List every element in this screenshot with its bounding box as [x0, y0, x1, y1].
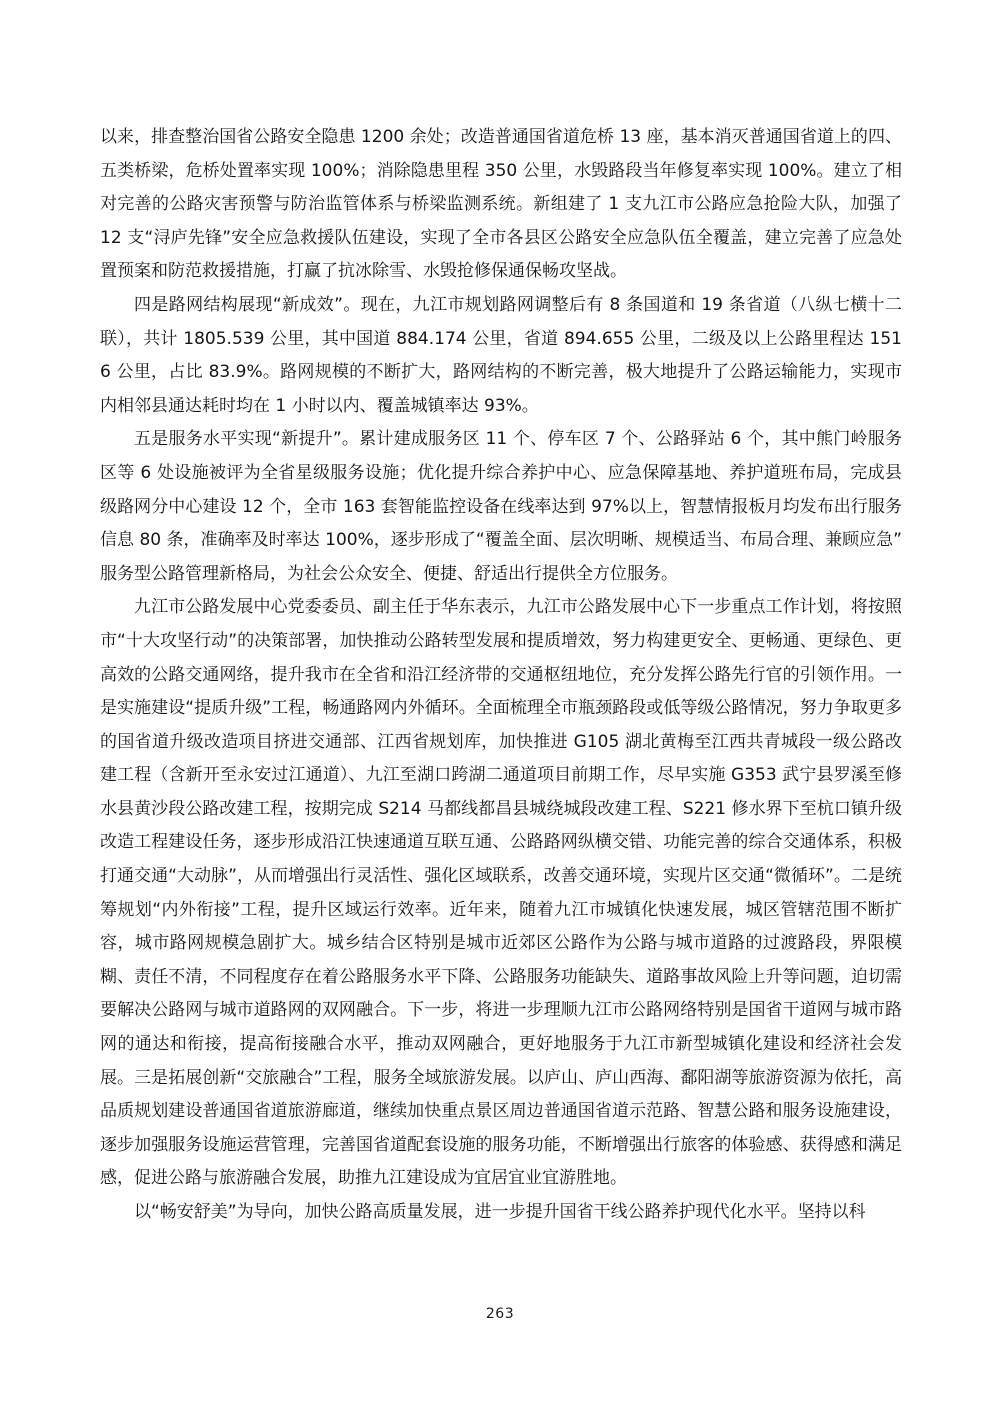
paragraph: 五是服务水平实现“新提升”。累计建成服务区 11 个、停车区 7 个、公路驿站 … — [100, 423, 902, 591]
paragraph: 九江市公路发展中心党委委员、副主任于华东表示，九江市公路发展中心下一步重点工作计… — [100, 591, 902, 1196]
paragraph: 以“畅安舒美”为导向，加快公路高质量发展，进一步提升国省干线公路养护现代化水平。… — [100, 1196, 902, 1230]
paragraph: 以来，排查整治国省公路安全隐患 1200 余处；改造普通国省道危桥 13 座，基… — [100, 121, 902, 289]
document-page: 以来，排查整治国省公路安全隐患 1200 余处；改造普通国省道危桥 13 座，基… — [0, 0, 1000, 1414]
body-text: 以来，排查整治国省公路安全隐患 1200 余处；改造普通国省道危桥 13 座，基… — [100, 121, 902, 1230]
paragraph: 四是路网结构展现“新成效”。现在，九江市规划路网调整后有 8 条国道和 19 条… — [100, 289, 902, 423]
page-number: 263 — [0, 1306, 1000, 1322]
